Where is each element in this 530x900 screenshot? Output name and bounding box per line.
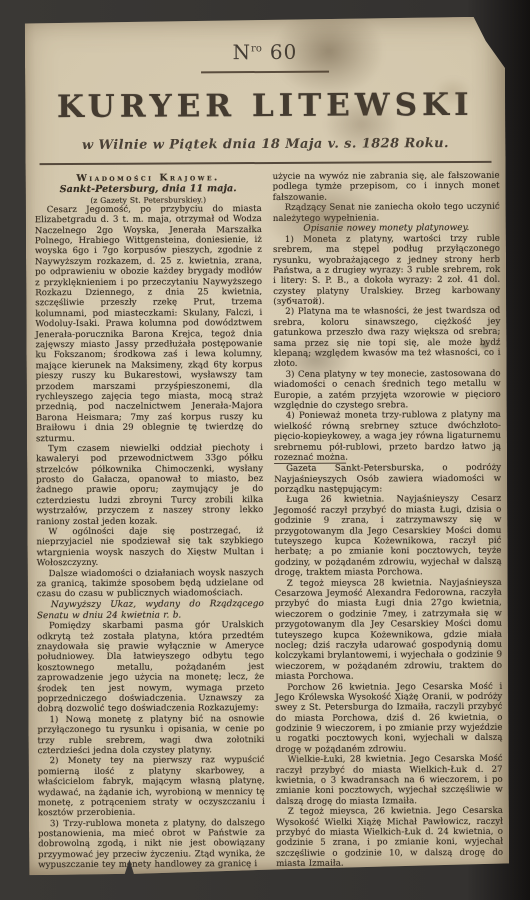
article-para: Tym czasem niewielki oddział piechoty i … (36, 443, 263, 527)
article-para: Wielkie-Łuki, 28 kwietnia. Jego Cesarska… (276, 754, 503, 807)
article-para: Pomiędzy skarbami pasma gór Uralskich od… (37, 620, 264, 715)
article-para: Witebsk, 25 kwietnia. Jego Cesarska Wy- (276, 868, 503, 880)
article-para: 3) Trzy-rublowa moneta z platyny, do dal… (38, 818, 265, 871)
article-para-cont: użycie na wywóz nie zabrania się, ale fa… (273, 171, 500, 203)
article-para: Gazeta Sankt-Petersburska, o podróży Nay… (274, 463, 501, 495)
article-para: Z tegoż mieysca 28 kwietnia. Nayjaśnieys… (275, 577, 503, 682)
article-para: 2) Platyna ma te własności, że jest twar… (273, 306, 500, 370)
article-para: 4) Ponieważ moneta trzy-rublowa z platyn… (274, 410, 501, 463)
article-para: Dalsze wiadomości o działaniach woysk na… (37, 568, 264, 600)
article-heading-italic: Naywyższy Ukaz, wydany do Rządzącego Sen… (37, 599, 264, 622)
article-para: Rządzący Senat nie zaniecha około tego u… (273, 202, 500, 224)
masthead-rule (201, 71, 329, 74)
article-para: Cesarz Jegomość, po przybyciu do miasta … (35, 204, 263, 444)
article-para: Porchow 26 kwietnia. Jego Cesarska Mość … (275, 681, 502, 755)
article-para: 2) Monety tey na pierwszy raz wypuścić p… (38, 755, 265, 819)
masthead: Nro60 KURYER LITEWSKI w Wilnie w Piątek … (25, 17, 506, 166)
article-para: 3) Cena platyny w tey monecie, zastosowa… (274, 369, 501, 412)
issue-value: 60 (270, 40, 298, 64)
right-column: użycie na wywóz nie zabrania się, ale fa… (273, 171, 504, 880)
article-para: 1) Moneta z platyny, wartości trzy ruble… (273, 233, 500, 307)
article-heading-bolditalic: Sankt-Petersburg, dnia 11 maja. (35, 183, 262, 196)
issue-prefix: N (232, 40, 251, 64)
scan-background: Nro60 KURYER LITEWSKI w Wilnie w Piątek … (0, 0, 530, 900)
article-heading-italic-center: Opisanie nowey monety platynowey. (273, 223, 500, 235)
issue-superscript: ro (251, 43, 262, 54)
article-para: 1) Nową monetę z platyny bić na osnowie … (37, 714, 264, 757)
newspaper-page: Nro60 KURYER LITEWSKI w Wilnie w Piątek … (25, 17, 509, 876)
article-para: W ogólności daje się postrzegać, iż niep… (36, 526, 263, 569)
article-para: Ługa 26 kwietnia. Nayjaśnieyszy Cesarz J… (274, 494, 501, 578)
article-para: Z tegoż mieysca, 26 kwietnia. Jego Cesar… (276, 806, 503, 870)
left-column: Wiadomości Krajowe.Sankt-Petersburg, dni… (35, 172, 266, 881)
newspaper-title: KURYER LITEWSKI (25, 87, 505, 126)
issue-number: Nro60 (25, 17, 505, 66)
article-columns: Wiadomości Krajowe.Sankt-Petersburg, dni… (26, 163, 510, 881)
dateline: w Wilnie w Piątek dnia 18 Maja v. s. 182… (25, 136, 505, 154)
